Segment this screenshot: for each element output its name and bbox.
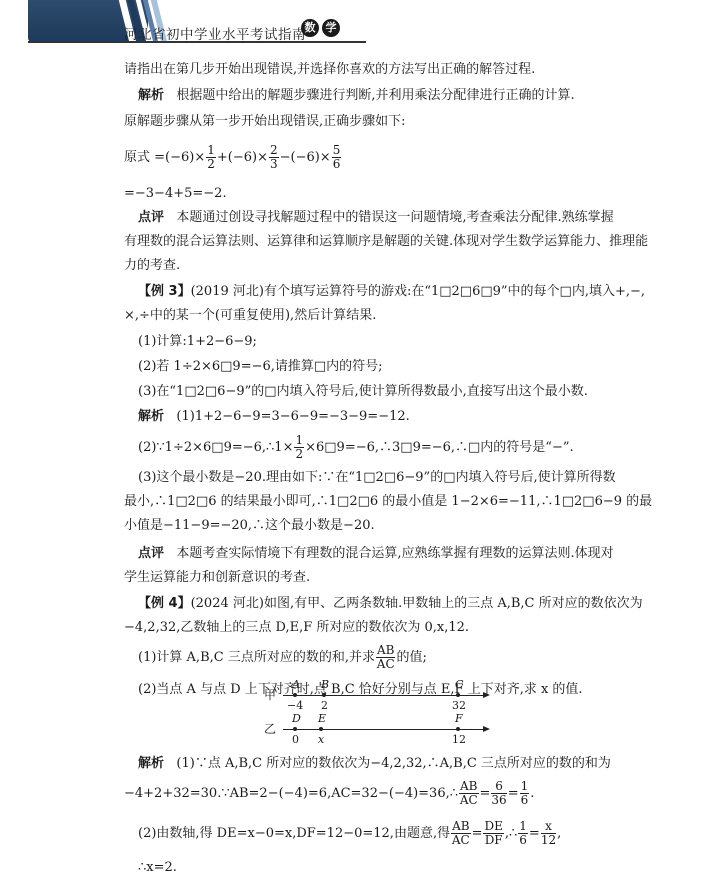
- formula-part: (2)∵1÷2×6□9=−6,∴1×: [138, 440, 293, 455]
- point-value: −4: [287, 699, 303, 712]
- arrow-icon: [483, 692, 490, 698]
- analysis-line: 解析 (1)1+2−6−9=3−6−9=−3−9=−12.: [138, 405, 410, 429]
- page-header: 河北省初中学业水平考试指南 数 学: [0, 0, 702, 48]
- point-value: x: [318, 733, 324, 746]
- analysis-text: (1)1+2−6−9=3−6−9=−3−9=−12.: [176, 409, 409, 424]
- question-1: (1)计算:1+2−6−9;: [138, 330, 257, 354]
- formula-part: −(−6)×: [280, 150, 331, 165]
- text-line: 学生运算能力和创新意识的考查.: [124, 566, 310, 590]
- point-value: 0: [292, 733, 299, 746]
- point-name: B: [321, 678, 329, 691]
- question-2: (2)若 1÷2×6□9=−6,请推算□内的符号;: [138, 355, 383, 379]
- point-name: F: [455, 712, 463, 725]
- formula-line: =−3−4+5=−2.: [124, 182, 227, 206]
- question-3: (3)在“1□2□6−9”的□内填入符号后,使计算所得数最小,直接写出这个最小数…: [138, 380, 588, 404]
- analysis-line: −4+2+32=30.∵AB=2−(−4)=6,AC=32−(−4)=36,∴A…: [124, 780, 534, 807]
- axis-label: 乙: [264, 720, 276, 737]
- analysis-text: (1)∵点 A,B,C 所对应的数依次为−4,2,32,∴A,B,C 三点所对应…: [176, 756, 611, 771]
- axis-line: [283, 695, 483, 696]
- analysis-label: 解析: [138, 756, 164, 771]
- point-marker: [456, 727, 460, 731]
- example-label: 【例 4】: [138, 596, 191, 611]
- point-marker: [293, 727, 297, 731]
- fraction: 12: [294, 434, 304, 461]
- point-name: E: [318, 712, 326, 725]
- fraction: 636: [491, 780, 506, 807]
- analysis-label: 解析: [138, 88, 164, 103]
- text-line: 请指出在第几步开始出现错误,并选择你喜欢的方法写出正确的解答过程.: [124, 58, 535, 82]
- point-marker: [319, 727, 323, 731]
- fraction: 23: [269, 144, 279, 171]
- formula-part: 原式 =(−6)×: [124, 150, 205, 165]
- header-rule: [28, 41, 366, 43]
- comment-line: 点评 本题通过创设寻找解题过程中的错误这一问题情境,考查乘法分配律.熟练掌握: [138, 206, 614, 230]
- formula-part: −4+2+32=30.∵AB=2−(−4)=6,AC=32−(−4)=36,∴: [124, 786, 458, 801]
- point-marker: [456, 693, 460, 697]
- comment-label: 点评: [138, 546, 164, 561]
- analysis-line: (2)由数轴,得 DE=x−0=x,DF=12−0=12,由题意,得ABAC=D…: [138, 820, 561, 847]
- fraction: ABAC: [459, 780, 478, 807]
- arrow-icon: [483, 726, 490, 732]
- formula-part: (1)计算 A,B,C 三点所对应的数的和,并求: [138, 650, 375, 665]
- fraction: 56: [332, 144, 342, 171]
- book-title: 河北省初中学业水平考试指南: [124, 23, 306, 43]
- analysis-text: 根据题中给出的解题步骤进行判断,并利用乘法分配律进行正确的计算.: [176, 88, 574, 103]
- example-text: (2019 河北)有个填写运算符号的游戏:在“1□2□6□9”中的每个□内,填入…: [191, 284, 645, 299]
- text-line: 原解题步骤从第一步开始出现错误,正确步骤如下:: [124, 110, 406, 134]
- point-value: 12: [452, 733, 466, 746]
- axis-line: [283, 729, 483, 730]
- point-value: 32: [452, 699, 466, 712]
- point-value: 2: [321, 699, 328, 712]
- comment-line: 点评 本题考查实际情境下有理数的混合运算,应熟练掌握有理数的运算法则.体现对: [138, 542, 614, 566]
- formula-part: +(−6)×: [217, 150, 268, 165]
- analysis-label: 解析: [138, 409, 164, 424]
- analysis-line: 解析 (1)∵点 A,B,C 所对应的数依次为−4,2,32,∴A,B,C 三点…: [138, 752, 611, 776]
- formula-part: ×6□9=−6,∴3□9=−6,∴□内的符号是“−”.: [305, 440, 574, 455]
- formula-line: 原式 =(−6)×12+(−6)×23−(−6)×56: [124, 144, 342, 171]
- point-name: D: [292, 712, 301, 725]
- fraction: 16: [520, 780, 530, 807]
- point-marker: [293, 693, 297, 697]
- fraction: DEDF: [483, 820, 503, 847]
- example-4-heading: 【例 4】(2024 河北)如图,有甲、乙两条数轴.甲数轴上的三点 A,B,C …: [138, 592, 643, 616]
- text-line: 有理数的混合运算法则、运算律和运算顺序是解题的关键.体现对学生数学运算能力、推理…: [124, 230, 648, 254]
- analysis-line: 小值是−11−9=−20,∴这个最小数是−20.: [124, 514, 375, 538]
- formula-part: ,∴: [505, 826, 517, 841]
- subject-badge: 数: [301, 19, 319, 37]
- point-name: C: [455, 678, 463, 691]
- fraction: ABAC: [451, 820, 470, 847]
- comment-text: 本题通过创设寻找解题过程中的错误这一问题情境,考查乘法分配律.熟练掌握: [176, 210, 613, 225]
- point-name: A: [292, 678, 300, 691]
- axis-label: 甲: [264, 686, 276, 703]
- analysis-line: 最小,∴1□2□6 的结果最小即可,∴1□2□6 的最小值是 1−2×6=−11…: [124, 490, 652, 514]
- fraction: 16: [518, 820, 528, 847]
- fraction: 12: [206, 144, 216, 171]
- text-line: −4,2,32,乙数轴上的三点 D,E,F 所对应的数依次为 0,x,12.: [124, 616, 469, 640]
- fraction: ABAC: [376, 644, 395, 671]
- example-3-heading: 【例 3】(2019 河北)有个填写运算符号的游戏:在“1□2□6□9”中的每个…: [138, 280, 645, 304]
- analysis-line: ∴x=2.: [138, 856, 177, 874]
- subject-badge: 学: [322, 19, 340, 37]
- analysis-line: (2)∵1÷2×6□9=−6,∴1×12×6□9=−6,∴3□9=−6,∴□内的…: [138, 434, 574, 461]
- number-line-yi: 乙 D E F 0 x 12: [0, 712, 702, 752]
- example-text: (2024 河北)如图,有甲、乙两条数轴.甲数轴上的三点 A,B,C 所对应的数…: [191, 596, 643, 611]
- formula-part: 的值;: [396, 650, 426, 665]
- comment-text: 本题考查实际情境下有理数的混合运算,应熟练掌握有理数的运算法则.体现对: [176, 546, 613, 561]
- fraction: x12: [541, 820, 556, 847]
- analysis-line: 解析 根据题中给出的解题步骤进行判断,并利用乘法分配律进行正确的计算.: [138, 84, 575, 108]
- formula-part: (2)由数轴,得 DE=x−0=x,DF=12−0=12,由题意,得: [138, 826, 450, 841]
- text-line: ×,÷中的某一个(可重复使用),然后计算结果.: [124, 304, 376, 328]
- question-1: (1)计算 A,B,C 三点所对应的数的和,并求ABAC的值;: [138, 644, 427, 671]
- example-label: 【例 3】: [138, 284, 191, 299]
- comment-label: 点评: [138, 210, 164, 225]
- analysis-line: (3)这个最小数是−20.理由如下:∵在“1□2□6−9”的□内填入符号后,使计…: [138, 466, 616, 490]
- point-marker: [322, 693, 326, 697]
- text-line: 力的考查.: [124, 254, 180, 278]
